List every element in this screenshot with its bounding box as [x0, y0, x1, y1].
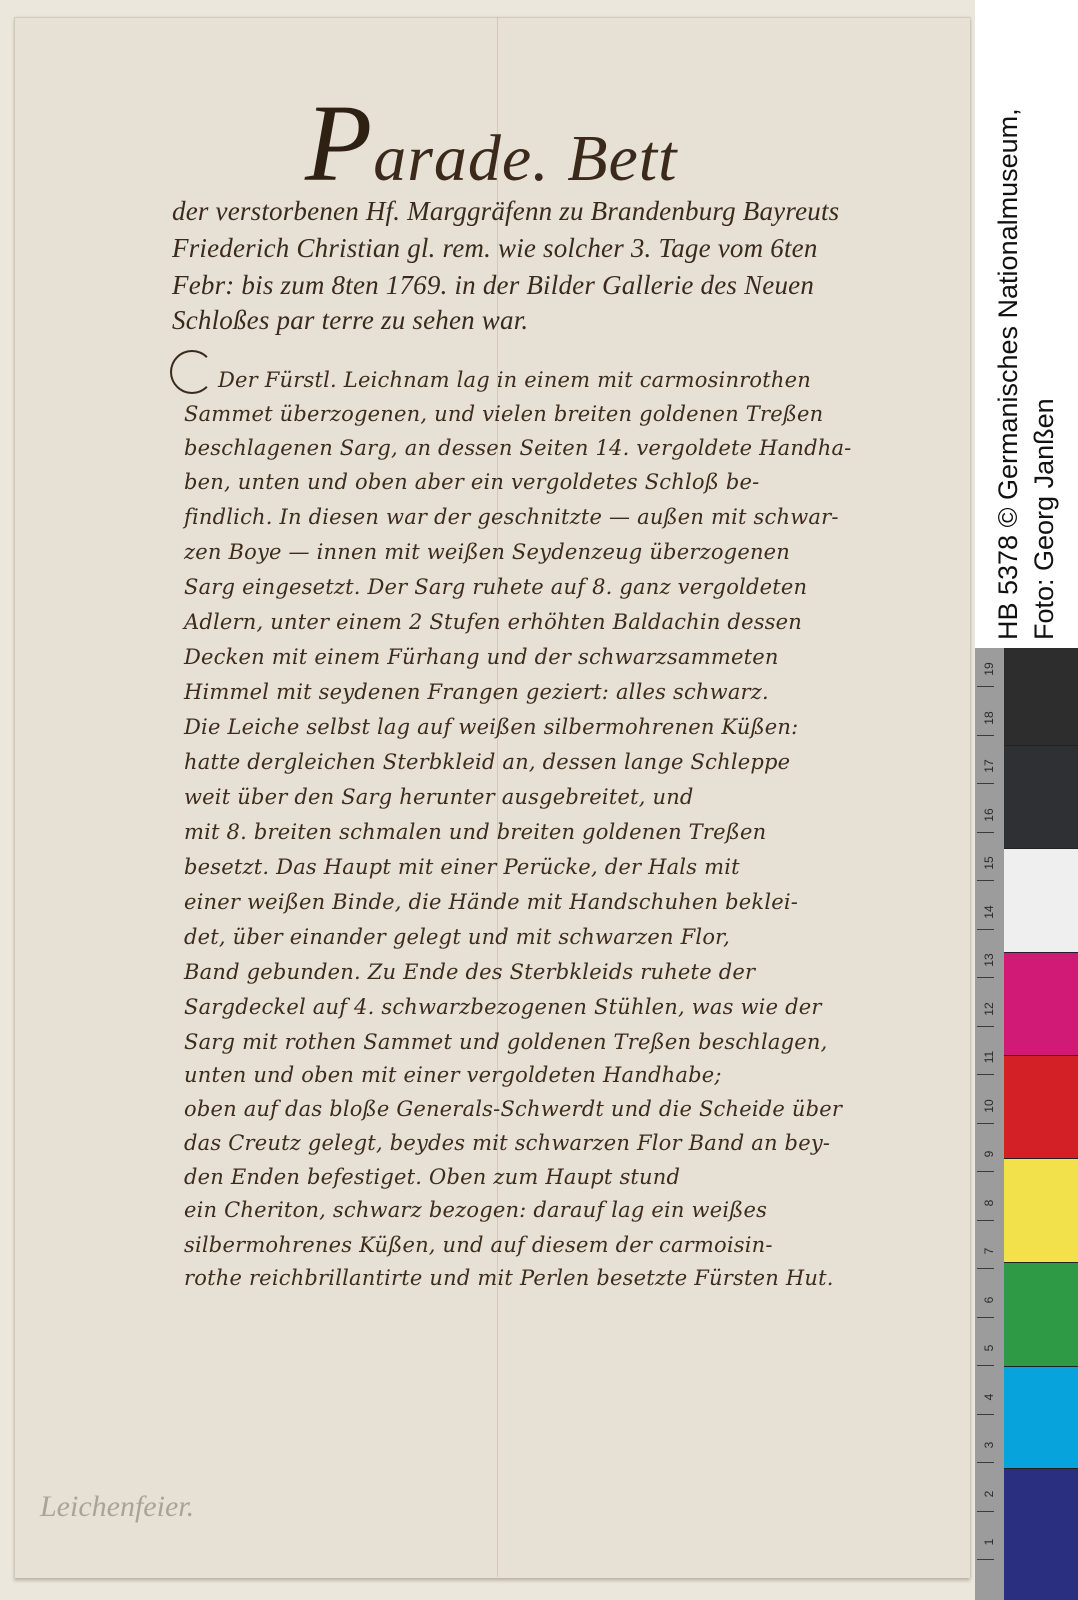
- ruler-label: 18: [982, 708, 996, 728]
- ruler-label: 16: [982, 805, 996, 825]
- ruler-label: 12: [982, 999, 996, 1019]
- body-line-22: oben auf das bloße Generals-Schwerdt und…: [184, 1097, 842, 1121]
- credit-line-1: HB 5378 © Germanisches Nationalmuseum,: [990, 0, 1026, 640]
- ruler-label: 10: [982, 1096, 996, 1116]
- ruler-tick: [977, 1511, 994, 1512]
- body-line-14: mit 8. breiten schmalen und breiten gold…: [184, 820, 766, 844]
- ruler-label: 17: [982, 756, 996, 776]
- ruler-tick: [977, 735, 994, 736]
- ruler-label: 9: [982, 1144, 996, 1164]
- body-line-24: den Enden befestiget. Oben zum Haupt stu…: [184, 1165, 680, 1189]
- body-line-26: silbermohrenes Küßen, und auf diesem der…: [184, 1233, 773, 1257]
- ruler-label: 14: [982, 902, 996, 922]
- ruler-tick: [977, 1559, 994, 1560]
- ruler-tick: [977, 1026, 994, 1027]
- body-line-13: weit über den Sarg herunter ausgebreitet…: [184, 785, 694, 809]
- red-patch: [1004, 1055, 1078, 1159]
- heading-line-4: Schloßes par terre zu sehen war.: [172, 305, 528, 336]
- ruler-tick: [977, 977, 994, 978]
- body-line-12: hatte dergleichen Sterbkleid an, dessen …: [184, 750, 790, 774]
- ruler-label: 8: [982, 1193, 996, 1213]
- title-initial: P: [305, 82, 373, 204]
- ruler-tick: [977, 1414, 994, 1415]
- ruler-tick: [977, 1123, 994, 1124]
- ruler-label: 11: [982, 1047, 996, 1067]
- title-word-2: Bett: [567, 122, 677, 195]
- ruler-label: 7: [982, 1241, 996, 1261]
- body-line-2: Sammet überzogenen, und vielen breiten g…: [184, 402, 823, 426]
- black-patch-2: [1004, 745, 1078, 849]
- ruler-label: 13: [982, 950, 996, 970]
- ruler-tick: [977, 686, 994, 687]
- ruler-tick: [977, 929, 994, 930]
- body-line-19: Sargdeckel auf 4. schwarzbezogenen Stühl…: [184, 995, 822, 1019]
- body-line-4: ben, unten und oben aber ein vergoldetes…: [184, 470, 759, 494]
- title-word-1: arade.: [373, 122, 549, 195]
- ruler-label: 19: [982, 659, 996, 679]
- photo-credit: HB 5378 © Germanisches Nationalmuseum, F…: [990, 0, 1062, 640]
- body-line-18: Band gebunden. Zu Ende des Sterbkleids r…: [184, 960, 755, 984]
- ruler-label: 5: [982, 1338, 996, 1358]
- body-line-5: findlich. In diesen war der geschnitzte …: [184, 505, 839, 529]
- ruler-tick: [977, 1462, 994, 1463]
- ruler-label: 4: [982, 1387, 996, 1407]
- body-line-15: besetzt. Das Haupt mit einer Perücke, de…: [184, 855, 740, 879]
- heading-line-1: der verstorbenen Hf. Marggräfenn zu Bran…: [172, 196, 839, 227]
- body-line-25: ein Cheriton, schwarz bezogen: darauf la…: [184, 1198, 767, 1222]
- credit-line-2: Foto: Georg Janßen: [1026, 0, 1062, 640]
- yellow-patch: [1004, 1158, 1078, 1263]
- ruler-label: 15: [982, 853, 996, 873]
- ruler-tick: [977, 1171, 994, 1172]
- body-line-7: Sarg eingesetzt. Der Sarg ruhete auf 8. …: [184, 575, 807, 599]
- pencil-annotation: Leichenfeier.: [40, 1490, 194, 1524]
- ruler-label: 1: [982, 1532, 996, 1552]
- drop-cap-flourish: [170, 350, 214, 394]
- body-line-23: das Creutz gelegt, beydes mit schwarzen …: [184, 1131, 830, 1155]
- black-patch-1: [1004, 648, 1078, 745]
- heading-line-2: Friederich Christian gl. rem. wie solche…: [172, 233, 818, 264]
- body-line-27: rothe reichbrillantirte und mit Perlen b…: [184, 1266, 834, 1290]
- document-title: Parade. Bett: [305, 80, 677, 207]
- ruler-label: 2: [982, 1484, 996, 1504]
- body-line-3: beschlagenen Sarg, an dessen Seiten 14. …: [184, 436, 851, 460]
- body-line-20: Sarg mit rothen Sammet und goldenen Treß…: [184, 1030, 828, 1054]
- body-line-8: Adlern, unter einem 2 Stufen erhöhten Ba…: [184, 610, 802, 634]
- cyan-patch: [1004, 1366, 1078, 1469]
- heading-line-3: Febr: bis zum 8ten 1769. in der Bilder G…: [172, 270, 814, 301]
- body-line-6: zen Boye — innen mit weißen Seydenzeug ü…: [184, 540, 790, 564]
- body-line-11: Die Leiche selbst lag auf weißen silberm…: [184, 715, 798, 739]
- ruler-label: 3: [982, 1435, 996, 1455]
- white-patch: [1004, 848, 1078, 953]
- body-line-1: Der Fürstl. Leichnam lag in einem mit ca…: [218, 368, 811, 392]
- measurement-ruler: 19181716151413121110987654321: [975, 648, 1004, 1600]
- magenta-patch: [1004, 952, 1078, 1056]
- ruler-tick: [977, 832, 994, 833]
- ruler-tick: [977, 1220, 994, 1221]
- ruler-tick: [977, 783, 994, 784]
- body-line-17: det, über einander gelegt und mit schwar…: [184, 925, 730, 949]
- body-line-10: Himmel mit seydenen Frangen geziert: all…: [184, 680, 769, 704]
- ruler-tick: [977, 880, 994, 881]
- ruler-tick: [977, 1365, 994, 1366]
- blue-patch: [1004, 1468, 1078, 1600]
- ruler-tick: [977, 1268, 994, 1269]
- ruler-tick: [977, 1074, 994, 1075]
- body-line-21: unten und oben mit einer vergoldeten Han…: [184, 1063, 722, 1087]
- green-patch: [1004, 1262, 1078, 1367]
- body-line-9: Decken mit einem Fürhang und der schwarz…: [184, 645, 779, 669]
- ruler-label: 6: [982, 1290, 996, 1310]
- ruler-tick: [977, 1317, 994, 1318]
- body-line-16: einer weißen Binde, die Hände mit Handsc…: [184, 890, 798, 914]
